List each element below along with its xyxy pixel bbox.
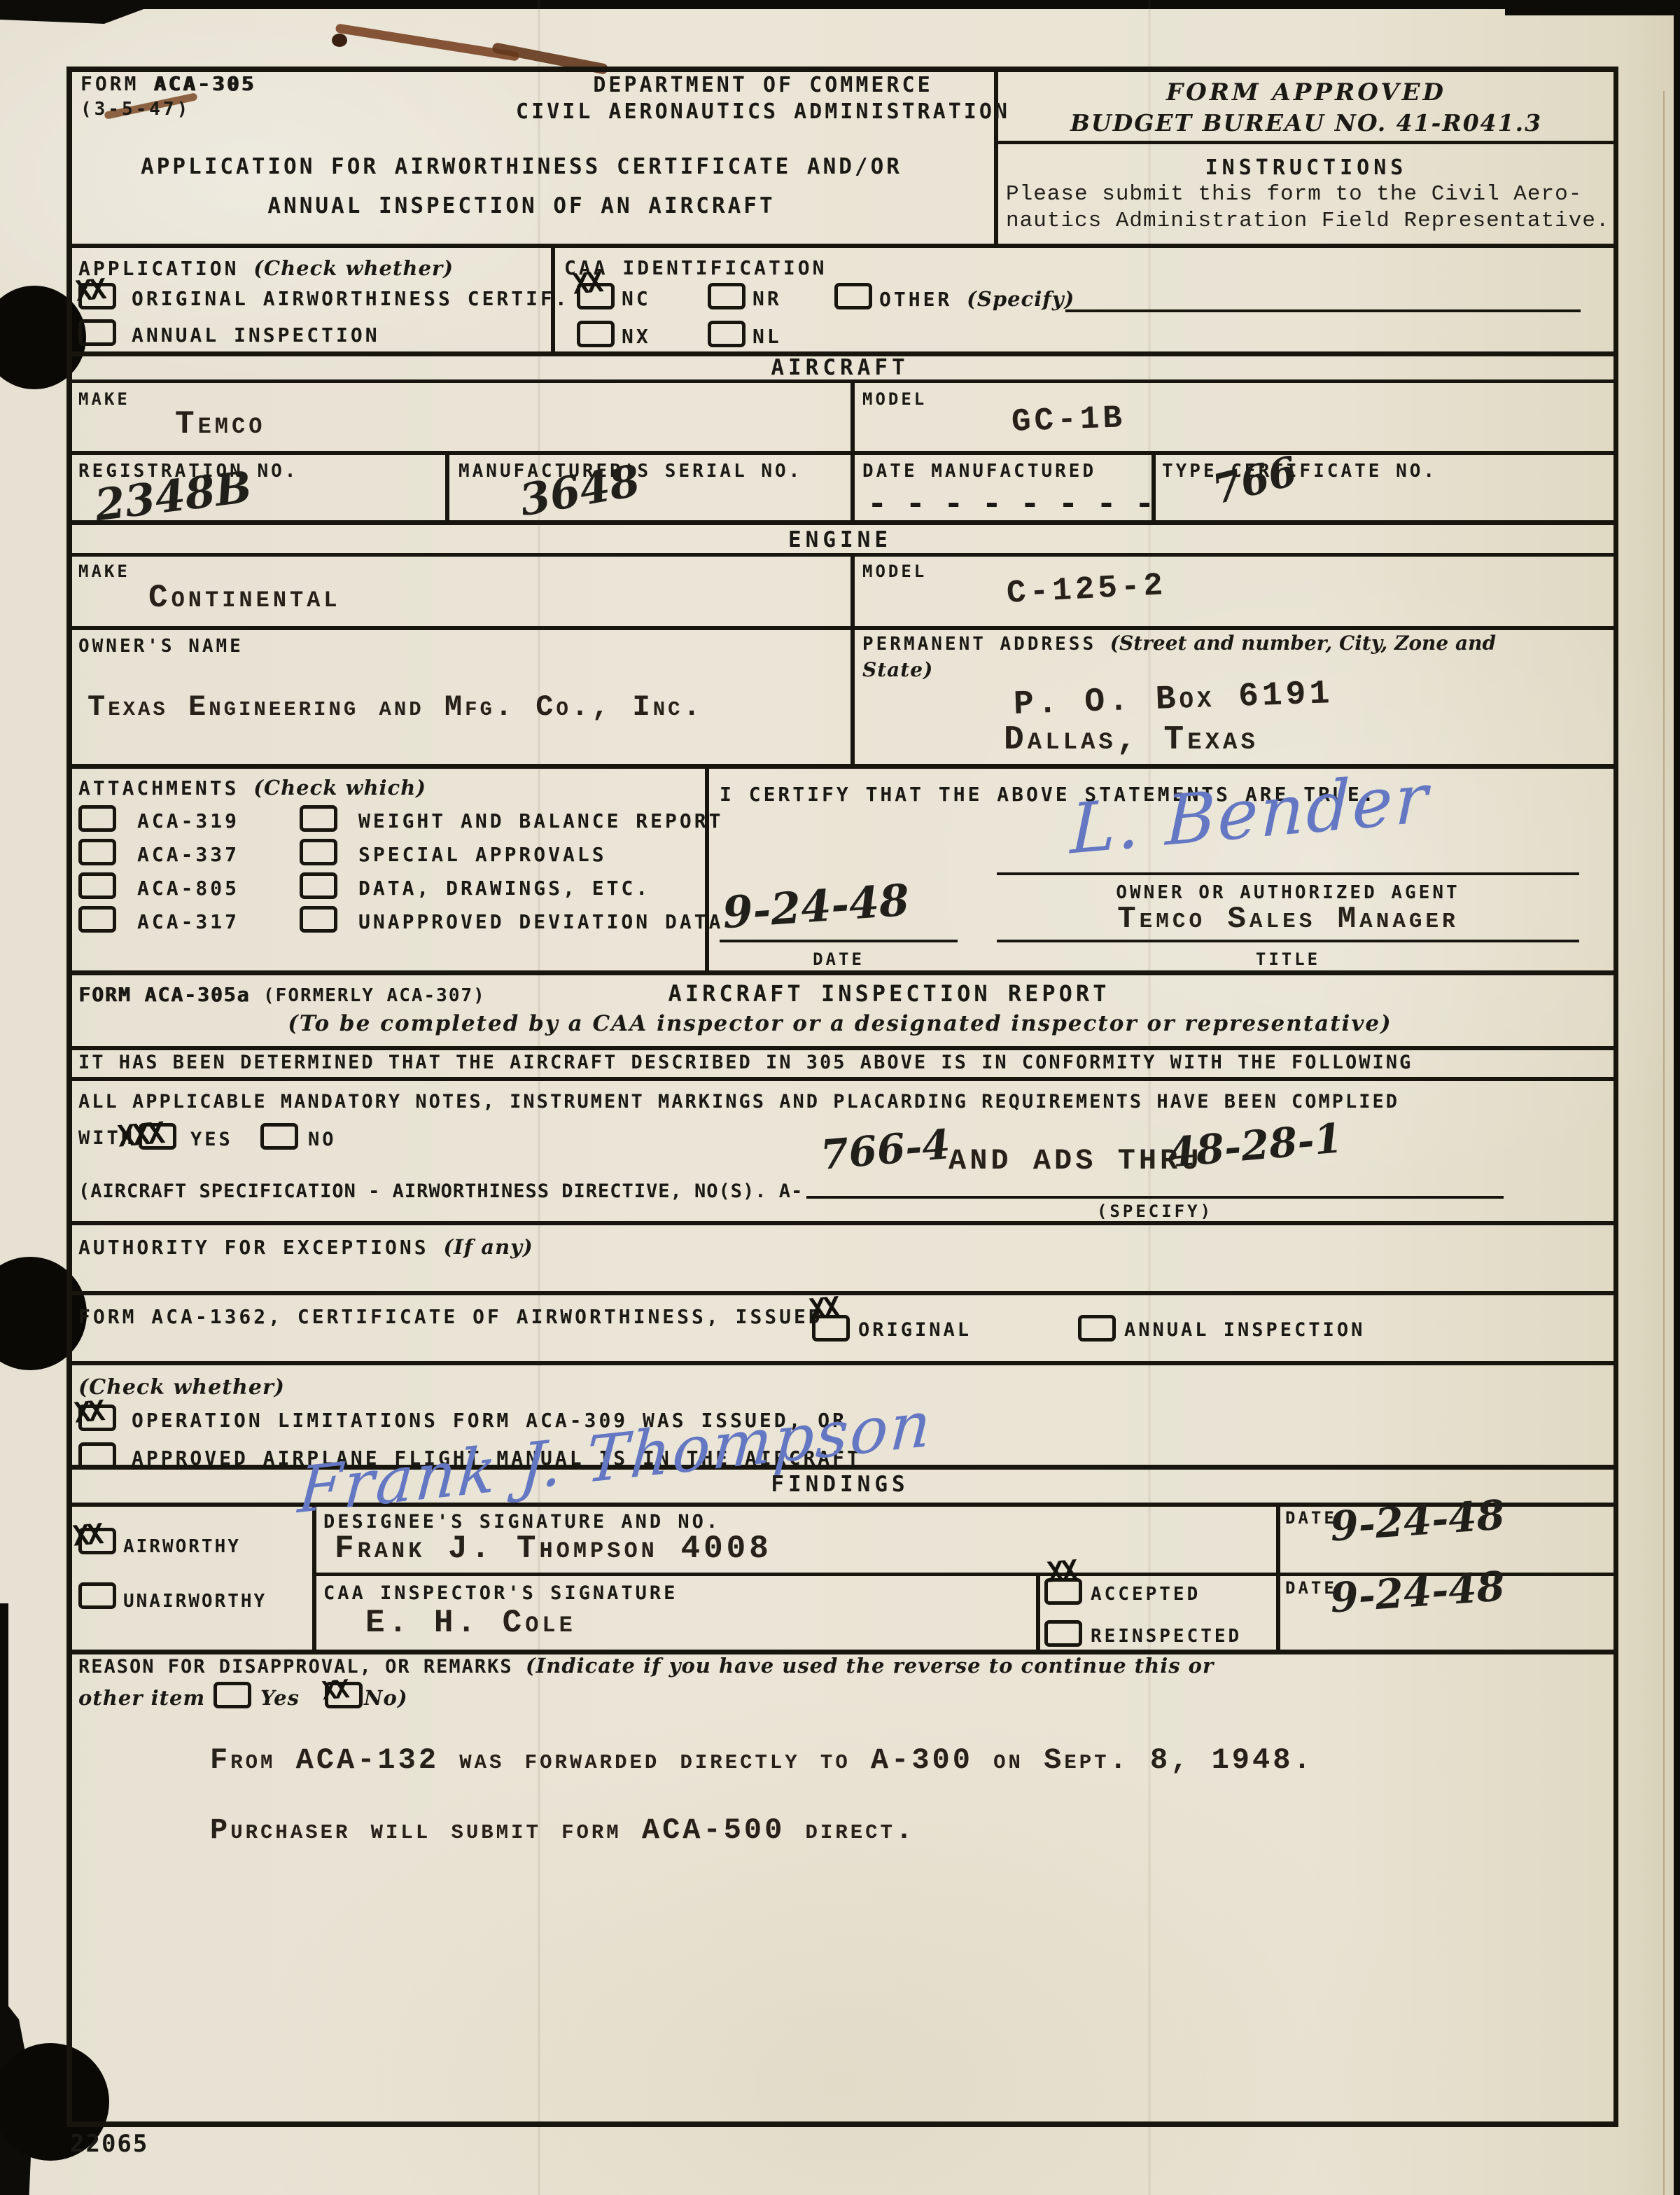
remarks-label-text: REASON FOR DISAPPROVAL, OR REMARKS xyxy=(78,1656,513,1678)
date-manufactured-label: DATE MANUFACTURED xyxy=(862,461,1096,482)
department-line2: CIVIL AERONAUTICS ADMINISTRATION xyxy=(511,99,1015,124)
attachment-unapproved-deviation: UNAPPROVED DEVIATION DATA xyxy=(358,910,723,933)
checkbox-aca-337 xyxy=(78,839,116,865)
checkmark-nc: XX xyxy=(571,266,602,300)
1362-annual-label: ANNUAL INSPECTION xyxy=(1124,1319,1365,1341)
other-specify-line xyxy=(1065,309,1581,312)
remarks-yes-label: Yes xyxy=(260,1686,300,1710)
divider xyxy=(66,520,1618,525)
ink-stain-large xyxy=(335,23,520,61)
owner-name-value: Texas Engineering and Mfg. Co., Inc. xyxy=(87,690,703,724)
aircraft-make-value: Temco xyxy=(175,406,265,443)
attachment-aca-337: ACA-337 xyxy=(137,843,239,866)
remarks-line2: Purchaser will submit form ACA-500 direc… xyxy=(210,1813,916,1847)
checkmark-1362-original: XX xyxy=(808,1291,839,1325)
form-number-value: ACA-305 xyxy=(153,72,255,95)
instructions-line1: Please submit this form to the Civil Aer… xyxy=(1006,182,1582,207)
remarks-label-note2: other item xyxy=(78,1686,205,1710)
engine-make-label: MAKE xyxy=(78,562,130,581)
checkbox-unapproved-deviation xyxy=(300,906,337,933)
form-305a-label: FORM ACA-305a (FORMERLY ACA-307) xyxy=(78,983,486,1006)
checkbox-aca-805 xyxy=(78,872,116,899)
checkmark-remarks-no: XX xyxy=(321,1675,348,1706)
attachment-aca-317: ACA-317 xyxy=(137,910,239,933)
caa-nl-label: NL xyxy=(752,325,782,348)
attachment-aca-319: ACA-319 xyxy=(137,809,239,832)
remarks-label-note1: (Indicate if you have used the reverse t… xyxy=(526,1654,1214,1678)
scan-edge-right xyxy=(1674,0,1680,2195)
spec-directive-label: (AIRCRAFT SPECIFICATION - AIRWORTHINESS … xyxy=(78,1180,803,1202)
divider xyxy=(850,451,855,520)
compliance-yes-label: YES xyxy=(190,1129,233,1150)
divider xyxy=(66,1077,1618,1081)
attachment-weight-balance: WEIGHT AND BALANCE REPORT xyxy=(358,809,723,832)
checkmark-original-airworthiness: XX xyxy=(74,273,105,307)
footer-number: 22065 xyxy=(70,2130,148,2158)
designee-date-value: 9-24-48 xyxy=(1329,1491,1506,1550)
caa-other-label-text: OTHER xyxy=(879,288,952,311)
divider xyxy=(66,244,1618,248)
checkbox-reinspected xyxy=(1044,1620,1082,1647)
remarks-line1: From ACA-132 was forwarded directly to A… xyxy=(210,1743,1314,1777)
caa-nc-label: NC xyxy=(622,287,651,310)
attachments-label: ATTACHMENTS (Check which) xyxy=(78,776,426,800)
attachment-data-drawings: DATA, DRAWINGS, ETC. xyxy=(358,877,650,900)
scan-edge-top-right xyxy=(1505,0,1680,15)
signature-line xyxy=(997,872,1579,875)
spec-typed-ads: AND ADS THRU xyxy=(948,1144,1202,1178)
divider xyxy=(850,553,855,764)
unairworthy-label: UNAIRWORTHY xyxy=(123,1591,267,1612)
title-value: Temco Sales Manager xyxy=(997,902,1579,937)
aircraft-make-label: MAKE xyxy=(78,389,130,409)
aircraft-section-title: AIRCRAFT xyxy=(66,355,1613,380)
scanned-form-page: FORM ACA-305 (3-5-47) DEPARTMENT OF COMM… xyxy=(0,0,1680,2195)
compliance-no-label: NO xyxy=(308,1129,337,1150)
divider xyxy=(994,67,998,244)
designee-signature: Frank J. Thompson xyxy=(296,1387,935,1528)
authority-exceptions-label: AUTHORITY FOR EXCEPTIONS (If any) xyxy=(78,1235,533,1259)
checkmark-operation-limitations: XX xyxy=(73,1395,104,1429)
engine-model-label: MODEL xyxy=(862,562,927,581)
caa-nr-label: NR xyxy=(752,287,782,310)
permanent-address-label-text: PERMANENT ADDRESS xyxy=(862,634,1096,655)
type-certificate-value: 766 xyxy=(1208,447,1302,513)
checkbox-1362-annual xyxy=(1078,1315,1116,1342)
form-305a-note: (FORMERLY ACA-307) xyxy=(263,985,486,1006)
caa-identification-label: CAA IDENTIFICATION xyxy=(564,256,827,279)
attachment-special-approvals: SPECIAL APPROVALS xyxy=(358,843,607,866)
remarks-no-label: No) xyxy=(364,1686,408,1710)
owner-signature: L. Bender xyxy=(1070,758,1430,870)
divider xyxy=(1276,1503,1280,1650)
designee-typed-name: Frank J. Thompson 4008 xyxy=(335,1531,772,1567)
title-line xyxy=(997,940,1579,942)
department-line1: DEPARTMENT OF COMMERCE xyxy=(532,73,994,97)
caa-inspector-label: CAA INSPECTOR'S SIGNATURE xyxy=(323,1582,678,1604)
attachments-label-text: ATTACHMENTS xyxy=(78,776,239,800)
form-number-label: FORM xyxy=(80,72,139,95)
checkbox-weight-balance xyxy=(300,805,337,832)
spec-line xyxy=(806,1196,1504,1199)
divider xyxy=(994,141,1613,144)
checkbox-nx xyxy=(577,321,615,347)
form-305a-number: FORM ACA-305a xyxy=(78,983,250,1006)
form-border-top xyxy=(66,67,1618,72)
accepted-label: ACCEPTED xyxy=(1091,1584,1200,1605)
title-label: TITLE xyxy=(997,949,1579,969)
aircraft-model-label: MODEL xyxy=(862,389,927,409)
divider xyxy=(66,1361,1618,1365)
airworthy-label: AIRWORTHY xyxy=(123,1536,241,1557)
checkmark-airworthy: XX xyxy=(71,1518,102,1552)
divider xyxy=(850,379,855,451)
1362-original-label: ORIGINAL xyxy=(858,1319,972,1341)
caa-inspector-value: E. H. Cole xyxy=(365,1605,576,1641)
application-label: APPLICATION (Check whether) xyxy=(78,256,454,280)
checkbox-flight-manual xyxy=(78,1442,116,1469)
engine-model-value: C-125-2 xyxy=(1006,567,1168,612)
authority-exceptions-note: (If any) xyxy=(443,1235,533,1259)
caa-date-value: 9-24-48 xyxy=(1329,1562,1506,1622)
divider xyxy=(66,1046,1618,1050)
authority-exceptions-text: AUTHORITY FOR EXCEPTIONS xyxy=(78,1236,429,1259)
checkmark-accepted: XX xyxy=(1046,1554,1077,1589)
divider xyxy=(445,451,449,520)
permanent-address-note1: (Street and number, City, Zone and xyxy=(1110,632,1496,655)
paper-crease-right xyxy=(1663,91,1665,2195)
scan-edge-top xyxy=(0,0,1680,9)
checkbox-other xyxy=(834,283,872,309)
caa-other-label-note: (Specify) xyxy=(967,287,1074,311)
checkbox-nl xyxy=(708,321,745,347)
checkbox-aca-319 xyxy=(78,805,116,832)
divider xyxy=(1036,1573,1040,1650)
owner-agent-label: OWNER OR AUTHORIZED AGENT xyxy=(997,882,1579,903)
attachment-aca-805: ACA-805 xyxy=(137,877,239,900)
checkbox-special-approvals xyxy=(300,839,337,865)
aircraft-model-value: GC-1B xyxy=(1011,400,1126,440)
date-manufactured-value: - - - - - - - - xyxy=(868,486,1154,520)
spec-hand-766-4: 766-4 xyxy=(818,1120,952,1179)
certify-date-value: 9-24-48 xyxy=(721,874,911,938)
date-line xyxy=(720,940,958,942)
inspection-report-title: AIRCRAFT INSPECTION REPORT xyxy=(574,980,1204,1007)
divider xyxy=(66,1221,1618,1225)
engine-section-title: ENGINE xyxy=(66,527,1613,552)
compliance-text: ALL APPLICABLE MANDATORY NOTES, INSTRUME… xyxy=(78,1091,1399,1113)
ink-stain-dot xyxy=(332,34,347,47)
form-border-bottom xyxy=(66,2121,1618,2127)
checkbox-nr xyxy=(708,283,745,309)
form-border-right xyxy=(1613,67,1618,2127)
scan-edge-top-left xyxy=(0,0,168,28)
application-option2-label: ANNUAL INSPECTION xyxy=(132,323,380,347)
attachments-label-note: (Check which) xyxy=(253,776,426,800)
form-approved-line1: FORM APPROVED xyxy=(999,78,1613,106)
type-certificate-label: TYPE CERTIFICATE NO. xyxy=(1162,461,1437,482)
divider xyxy=(66,451,1618,455)
owner-name-label: OWNER'S NAME xyxy=(78,636,244,657)
spec-hand-48-28-1: 48-28-1 xyxy=(1166,1114,1345,1177)
checkbox-unairworthy xyxy=(78,1582,116,1609)
aca1362-text: FORM ACA-1362, CERTIFICATE OF AIRWORTHIN… xyxy=(78,1305,823,1328)
date-label: DATE xyxy=(720,949,958,969)
form-revision: (3-5-47) xyxy=(80,99,190,120)
specify-label: (SPECIFY) xyxy=(1036,1201,1274,1221)
instructions-title: INSTRUCTIONS xyxy=(999,155,1613,180)
engine-make-value: Continental xyxy=(148,580,341,616)
divider xyxy=(66,553,1618,557)
check-whether-label: (Check whether) xyxy=(78,1375,285,1400)
checkbox-compliance-no xyxy=(260,1123,298,1150)
page-title-line2: ANNUAL INSPECTION OF AN AIRCRAFT xyxy=(115,193,927,218)
inspection-report-subtitle: (To be completed by a CAA inspector or a… xyxy=(66,1011,1613,1036)
reinspected-label: REINSPECTED xyxy=(1091,1626,1242,1647)
page-title-line1: APPLICATION FOR AIRWORTHINESS CERTIFICAT… xyxy=(115,154,927,179)
checkbox-remarks-yes xyxy=(213,1682,251,1708)
checkbox-aca-317 xyxy=(78,906,116,933)
application-option1-label: ORIGINAL AIRWORTHINESS CERTIF. xyxy=(132,287,570,310)
checkbox-data-drawings xyxy=(300,872,337,899)
form-approved-line2: BUDGET BUREAU NO. 41-R041.3 xyxy=(999,109,1613,137)
determination-text: IT HAS BEEN DETERMINED THAT THE AIRCRAFT… xyxy=(78,1052,1413,1073)
caa-other-label: OTHER (Specify) xyxy=(879,287,1074,311)
form-number: FORM ACA-305 xyxy=(80,72,255,95)
hole-punch-middle xyxy=(0,1257,87,1370)
remarks-label: REASON FOR DISAPPROVAL, OR REMARKS (Indi… xyxy=(78,1654,1214,1678)
divider xyxy=(66,970,1618,975)
divider xyxy=(66,626,1618,630)
permanent-address-label: PERMANENT ADDRESS (Street and number, Ci… xyxy=(862,632,1496,655)
permanent-address-note2: State) xyxy=(862,658,933,681)
caa-nx-label: NX xyxy=(622,325,651,348)
divider xyxy=(66,1291,1618,1295)
divider xyxy=(705,764,709,970)
checkbox-annual-inspection xyxy=(78,319,116,346)
application-label-note: (Check whether) xyxy=(253,256,454,280)
address-line1: P. O. Box 6191 xyxy=(1013,675,1333,724)
address-line2: Dallas, Texas xyxy=(1004,721,1259,759)
instructions-line2: nautics Administration Field Representat… xyxy=(1006,209,1610,233)
checkmark-compliance-yes: XXX xyxy=(116,1115,164,1153)
